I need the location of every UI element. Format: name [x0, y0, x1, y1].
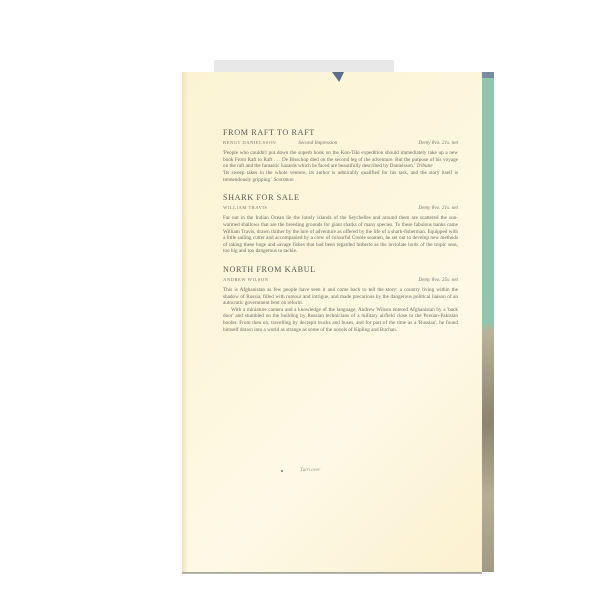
book-entry: FROM RAFT TO RAFT Bengt Danielsson Secon… — [223, 130, 458, 183]
book-board-top-edge — [214, 60, 394, 72]
book-author: Bengt Danielsson — [223, 140, 276, 147]
book-title: NORTH FROM KABUL — [223, 267, 458, 274]
blurb-paragraph: This is Afghanistan as few people have s… — [223, 287, 458, 307]
blurb-paragraph: Far out in the Indian Ocean lie the lone… — [223, 215, 458, 255]
ink-mark — [281, 470, 283, 472]
book-meta: Bengt Danielsson Second Impression Demy … — [223, 140, 458, 147]
book-spine-edge — [480, 72, 494, 572]
jacket-text: FROM RAFT TO RAFT Bengt Danielsson Secon… — [223, 130, 458, 345]
blurb-paragraph: With a miniature camera and a knowledge … — [223, 307, 458, 333]
book-meta: Andrew Wilson Demy 8vo. 25s. net — [223, 277, 458, 284]
book-price: Demy 8vo. 21s. net — [418, 140, 458, 147]
turn-over-note: Turn over — [300, 467, 320, 473]
impression-note: Second Impression — [276, 140, 418, 147]
book-author: William Travis — [223, 205, 267, 212]
book-author: Andrew Wilson — [223, 277, 269, 284]
book-price: Demy 8vo. 25s. net — [418, 277, 458, 284]
review-paragraph: 'Its sweep takes in the whole venture, i… — [223, 170, 458, 183]
review-paragraph: 'People who couldn't put down the superb… — [223, 150, 458, 170]
book-price: Demy 8vo. 21s. net — [418, 205, 458, 212]
book-meta: William Travis Demy 8vo. 21s. net — [223, 205, 458, 212]
book-entry: SHARK FOR SALE William Travis Demy 8vo. … — [223, 195, 458, 255]
book-title: SHARK FOR SALE — [223, 195, 458, 202]
book-title: FROM RAFT TO RAFT — [223, 130, 458, 137]
book-entry: NORTH FROM KABUL Andrew Wilson Demy 8vo.… — [223, 267, 458, 333]
